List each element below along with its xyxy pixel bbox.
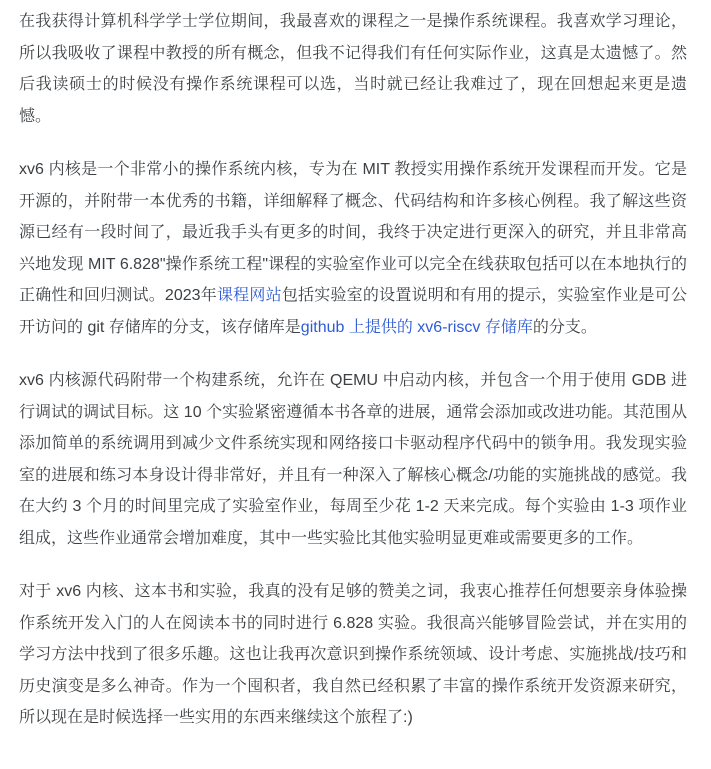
paragraph-text: xv6 内核源代码附带一个构建系统，允许在 QEMU 中启动内核，并包含一个用于… [19,372,687,547]
link-github-xv6-riscv-repo[interactable]: github 上提供的 xv6-riscv 存储库 [301,319,533,336]
paragraph-text: xv6 内核是一个非常小的操作系统内核，专为在 MIT 教授实用操作系统开发课程… [19,161,687,304]
paragraph: xv6 内核源代码附带一个构建系统，允许在 QEMU 中启动内核，并包含一个用于… [19,365,687,554]
paragraph-text: 的分支。 [533,319,597,336]
paragraph-text: 对于 xv6 内核、这本书和实验，我真的没有足够的赞美之词，我衷心推荐任何想要亲… [19,583,687,726]
paragraph: xv6 内核是一个非常小的操作系统内核，专为在 MIT 教授实用操作系统开发课程… [19,154,687,343]
paragraph: 在我获得计算机科学学士学位期间，我最喜欢的课程之一是操作系统课程。我喜欢学习理论… [19,6,687,132]
paragraph-text: 在我获得计算机科学学士学位期间，我最喜欢的课程之一是操作系统课程。我喜欢学习理论… [19,13,687,125]
article-body: 在我获得计算机科学学士学位期间，我最喜欢的课程之一是操作系统课程。我喜欢学习理论… [19,6,687,734]
paragraph: 对于 xv6 内核、这本书和实验，我真的没有足够的赞美之词，我衷心推荐任何想要亲… [19,576,687,734]
link-course-website[interactable]: 课程网站 [217,287,282,304]
